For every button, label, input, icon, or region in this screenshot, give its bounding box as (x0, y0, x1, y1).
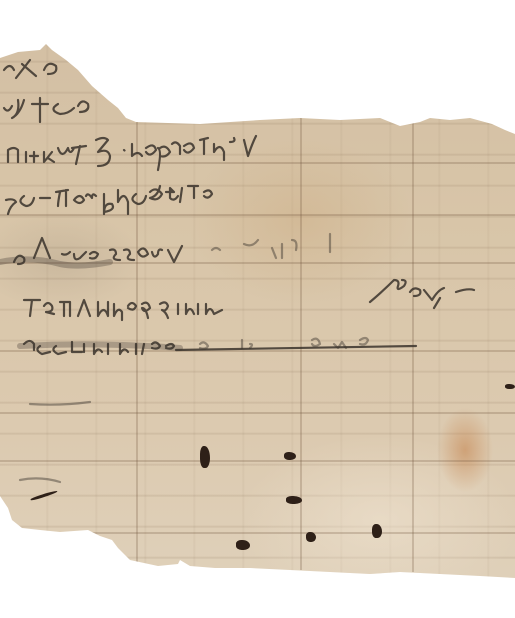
papyrus-fragment (0, 0, 515, 618)
fold-crease (0, 262, 515, 264)
worm-hole (30, 490, 58, 502)
worm-hole (200, 446, 210, 468)
fold-crease (0, 214, 515, 216)
fold-crease (0, 460, 515, 462)
worm-hole (505, 384, 515, 389)
worm-hole (236, 540, 250, 550)
worm-hole (372, 524, 382, 538)
fold-crease (0, 412, 515, 414)
fold-crease (0, 350, 515, 352)
worm-hole (306, 532, 316, 542)
photograph (0, 0, 515, 618)
fold-crease (0, 162, 515, 164)
fold-crease (412, 122, 414, 572)
fold-crease (0, 532, 515, 534)
worm-hole (284, 452, 296, 460)
fold-crease (136, 120, 138, 570)
worm-hole (286, 496, 302, 504)
